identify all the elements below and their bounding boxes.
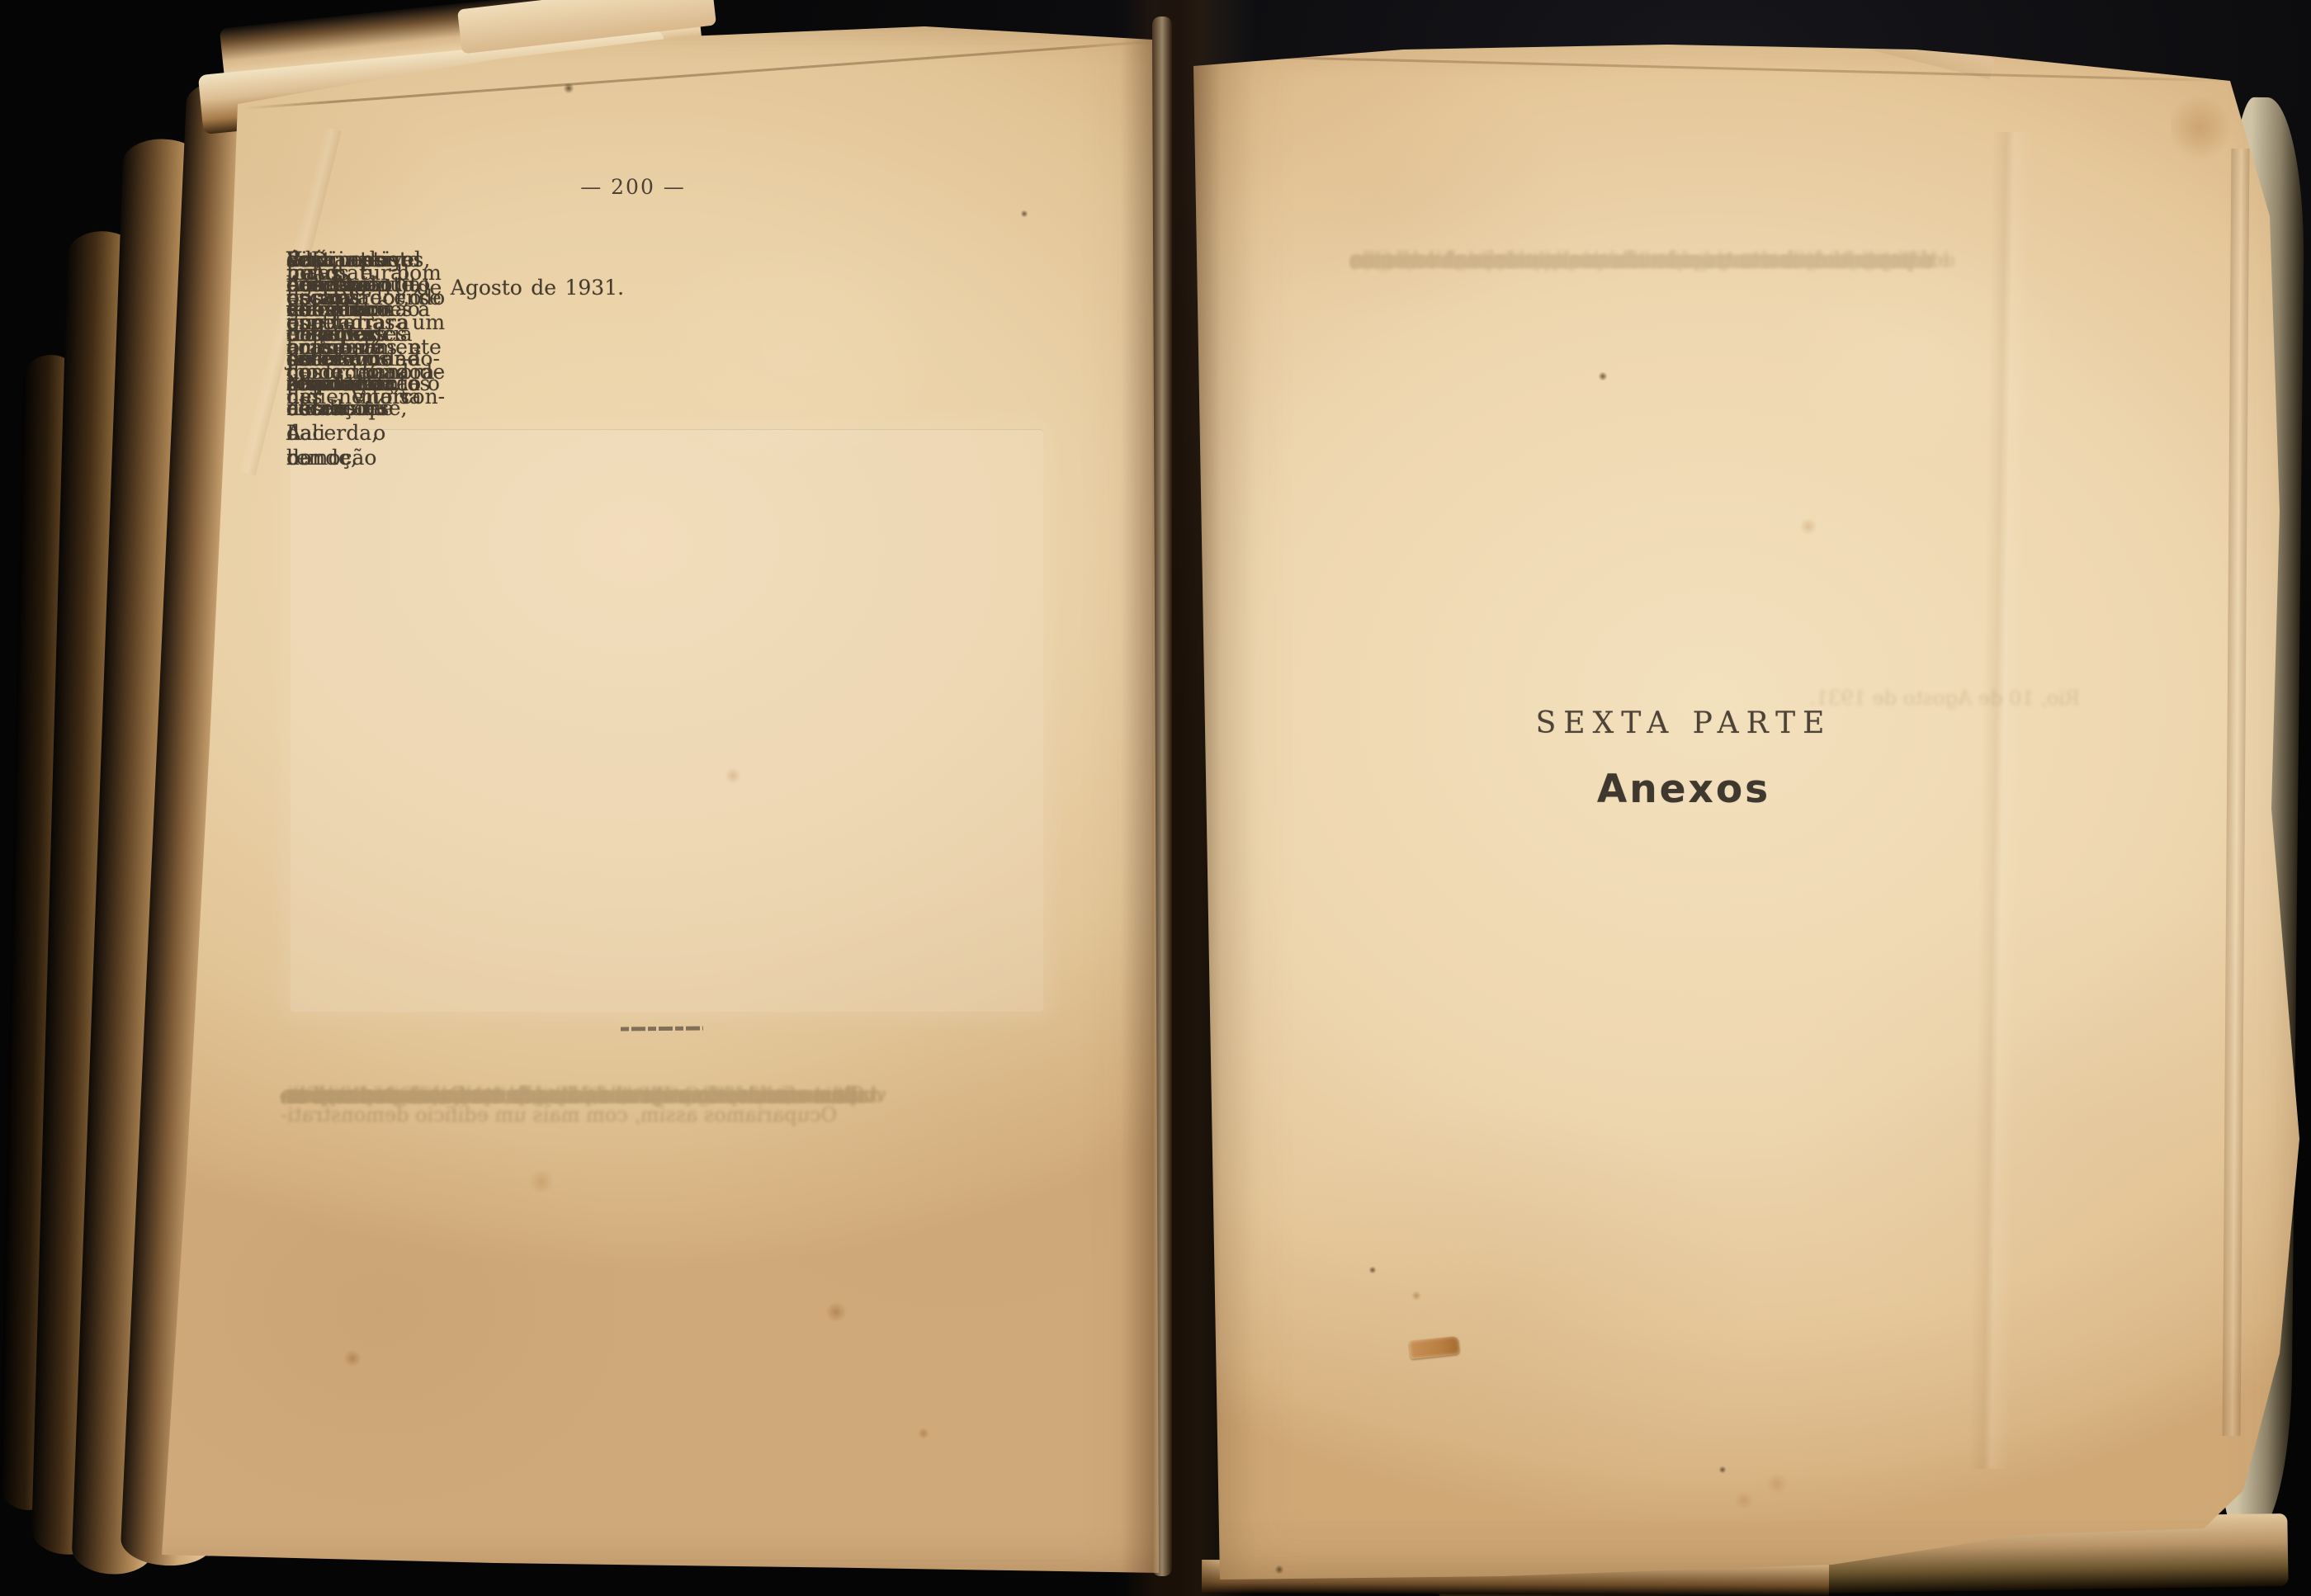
foxing-spot <box>1368 1266 1377 1274</box>
ghost-text-line: em ponto conveniente, — que não posso pr… <box>1350 248 1950 297</box>
section-separator-rule <box>621 1026 703 1031</box>
part-title: SEXTA PARTE <box>1395 706 1973 740</box>
foxing-spot <box>918 1428 929 1439</box>
foxing-spot <box>725 767 741 784</box>
foxing-spot <box>1718 1466 1727 1474</box>
foxing-spot <box>825 1302 847 1322</box>
foxing-spot <box>528 1170 555 1193</box>
right-page-crease <box>1969 132 2032 1470</box>
ghost-text-line: Azevedo, o Ginasio novo. <box>281 1083 531 1107</box>
part-subtitle: Anexos <box>1395 767 1973 812</box>
foxing-spot <box>1020 210 1028 218</box>
foxing-spot <box>1765 1474 1789 1494</box>
corner-browning-stain <box>2171 91 2228 165</box>
right-page-edge-fold <box>2223 149 2250 1436</box>
section-heading-group: SEXTA PARTE Anexos <box>1395 706 1973 812</box>
dateline: Rio, 10 de Agosto de 1931. <box>332 276 1046 300</box>
foxing-spot <box>1799 518 1817 535</box>
foxing-spot <box>563 83 574 94</box>
right-page-top-edge-line <box>1205 54 2228 82</box>
foxing-spot <box>1274 1565 1284 1575</box>
foxing-spot <box>1598 371 1608 381</box>
foxing-spot <box>1411 1291 1421 1301</box>
pasted-slip-discoloration <box>291 429 1043 1012</box>
foxing-spot <box>1733 1492 1755 1509</box>
foxing-spot <box>343 1350 362 1367</box>
right-page: Diante dos elementos materiais de que di… <box>1155 0 2311 1596</box>
paper-fragment-stain <box>1409 1336 1460 1359</box>
book-scan-scene: — 200 — Diante dos elementos materiais d… <box>0 0 2311 1596</box>
left-page-text-block: Diante dos elementos materiais de que di… <box>286 248 1046 300</box>
page-number: — 200 — <box>253 175 1013 199</box>
